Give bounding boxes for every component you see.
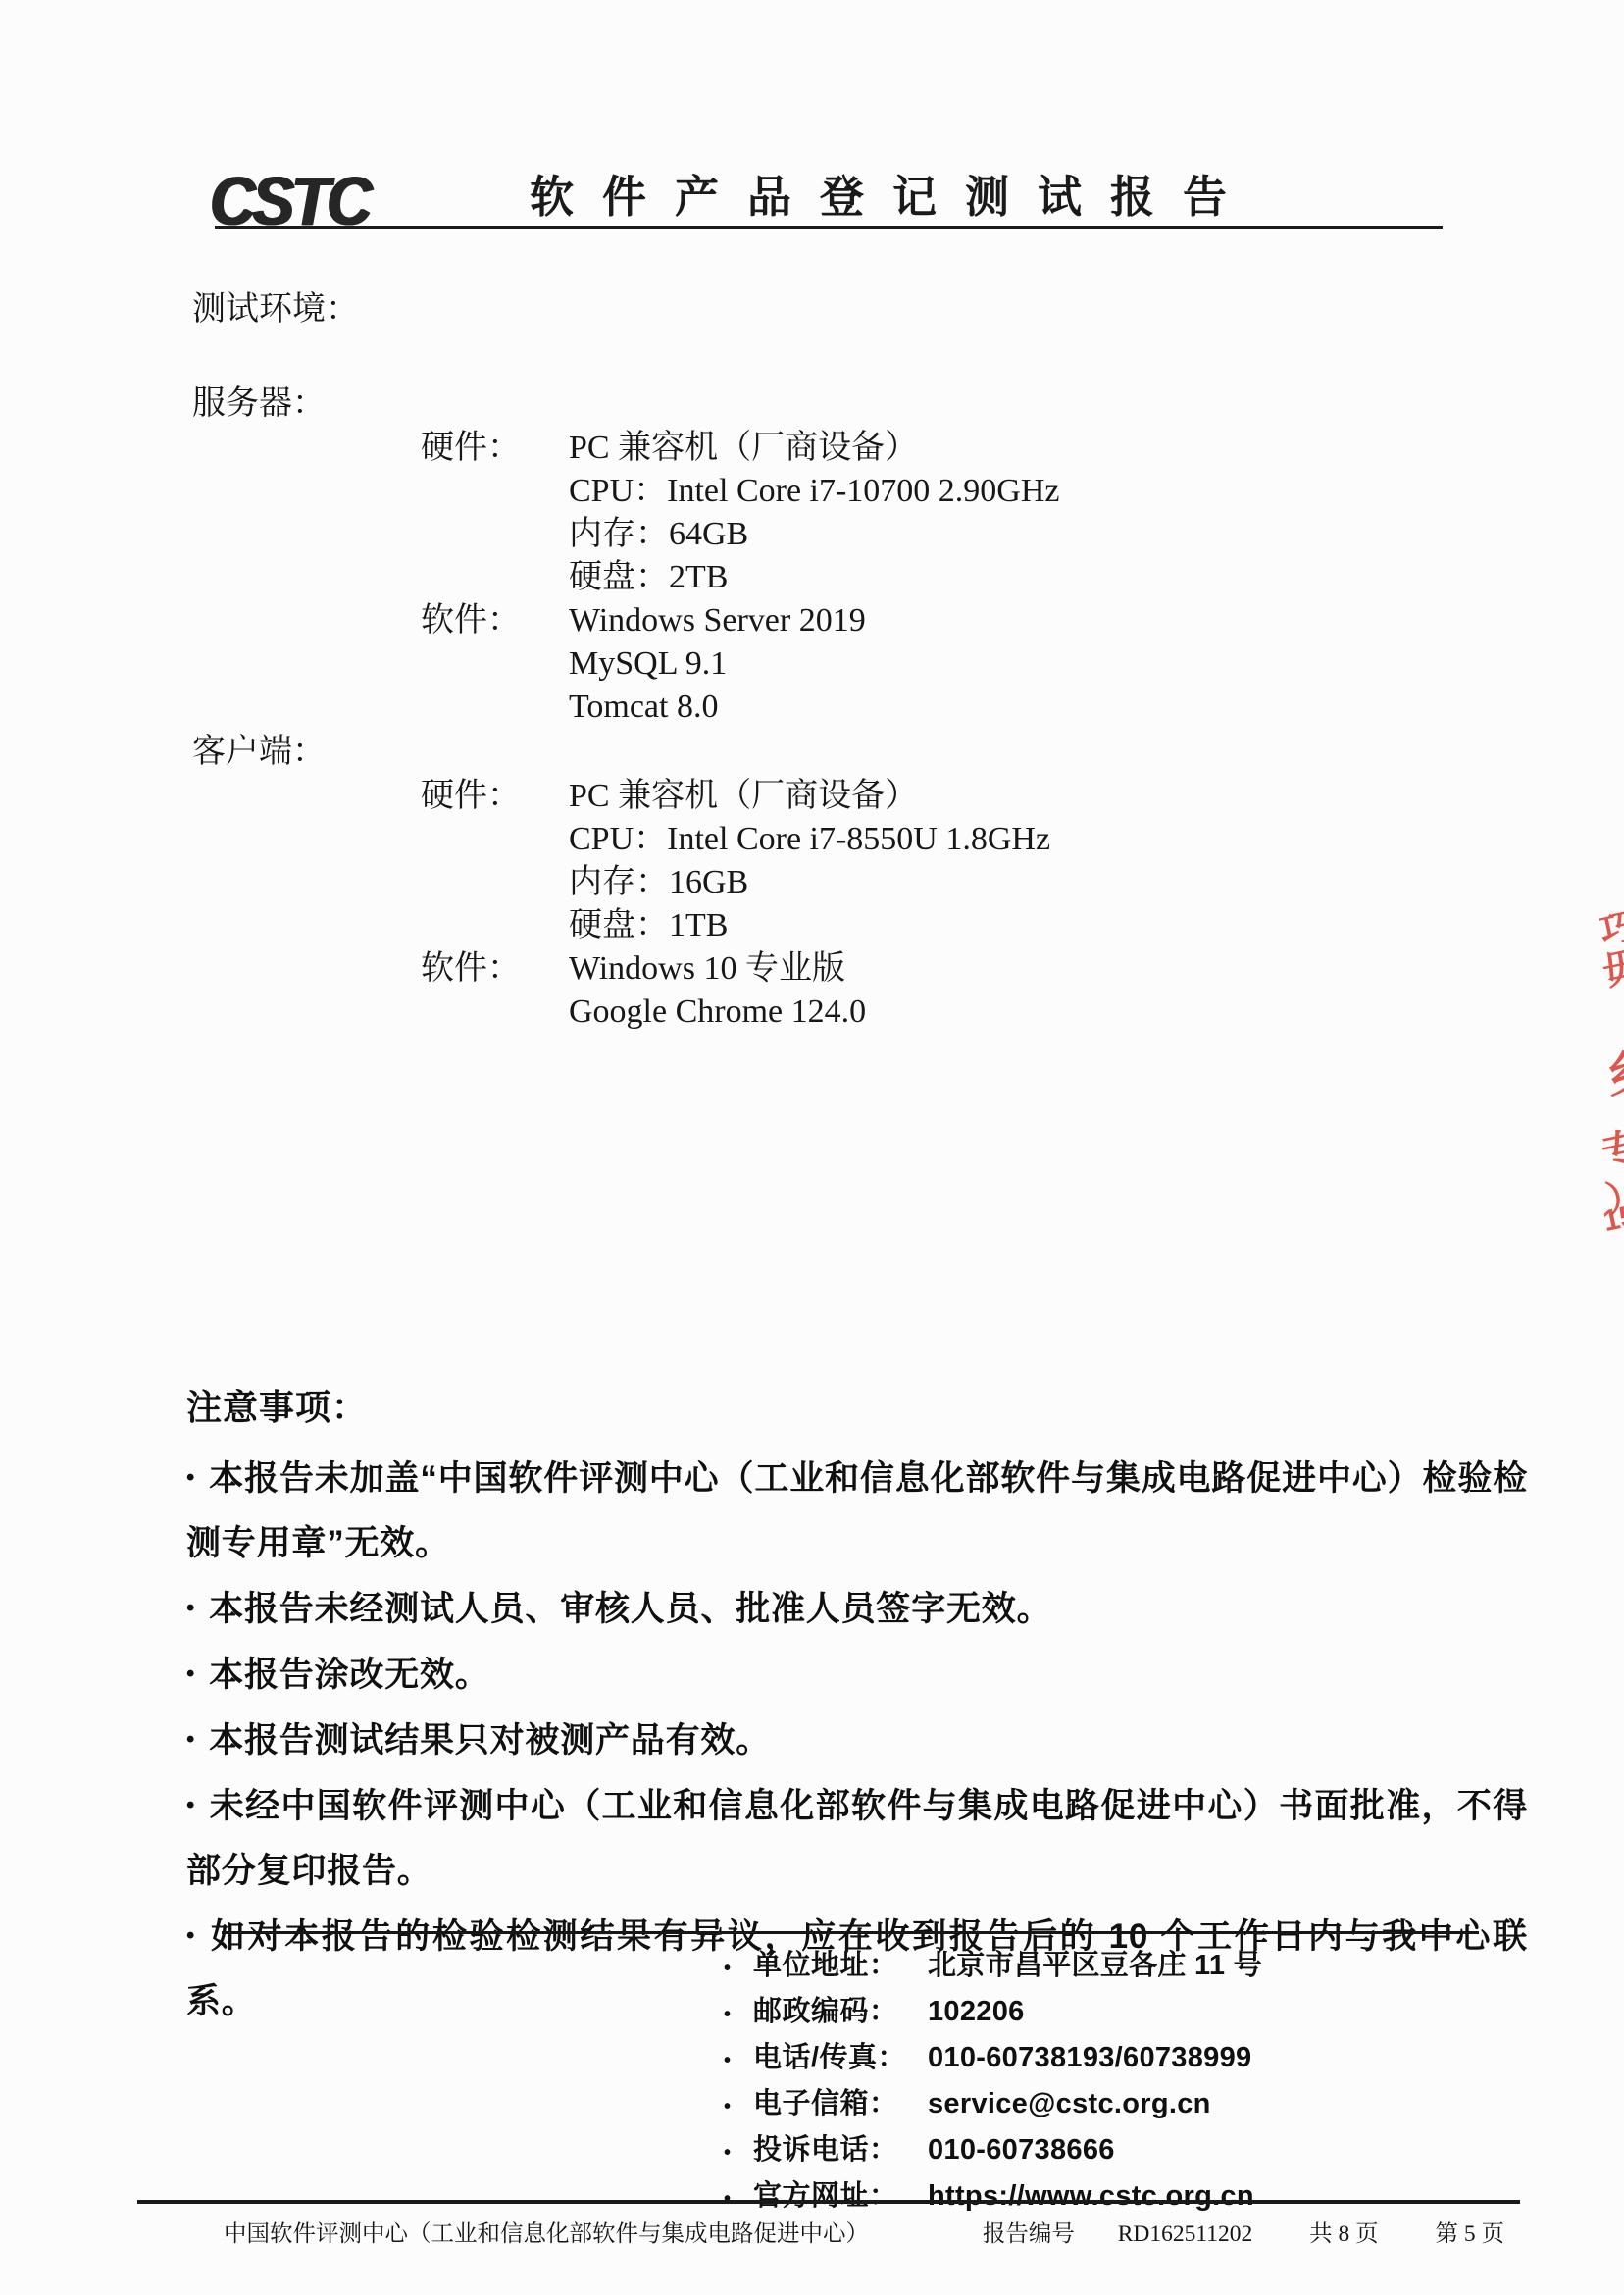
notes-title: 注意事项：: [186, 1385, 1528, 1430]
contact-value: service@cstc.org.cn: [928, 2082, 1211, 2125]
contact-label: 电子信箱：: [753, 2082, 928, 2125]
contact-row-phone-fax: •电话/传真：010-60738193/60738999: [724, 2036, 1262, 2082]
report-number: RD162511202: [1118, 2221, 1253, 2247]
bullet-icon: •: [186, 1576, 195, 1641]
header-underline: [215, 226, 1443, 229]
server-label: 服务器：: [192, 384, 326, 424]
server-software-label: 软件：: [421, 601, 521, 640]
total-pages: 共 8 页: [1309, 2221, 1379, 2247]
server-disk: 硬盘：2TB: [569, 558, 728, 597]
server-hardware-label: 硬件：: [421, 429, 521, 468]
client-memory: 内存：16GB: [569, 863, 748, 902]
contact-row-address: •单位地址：北京市昌平区豆各庄 11 号: [724, 1944, 1262, 1990]
contact-row-postcode: •邮政编码：102206: [724, 1990, 1262, 2036]
report-page: CSTC 软件产品登记测试报告 测试环境： 服务器： 硬件： PC 兼容机（厂商…: [0, 0, 1624, 2295]
server-hardware-model: PC 兼容机（厂商设备）: [569, 429, 918, 468]
client-hardware-model: PC 兼容机（厂商设备）: [569, 777, 918, 816]
note-item: •本报告未加盖“中国软件评测中心（工业和信息化部软件与集成电路促进中心）检验检测…: [186, 1446, 1528, 1576]
contact-label: 邮政编码：: [753, 1990, 928, 2033]
report-title: 软件产品登记测试报告: [530, 161, 1255, 225]
note-item: •本报告涂改无效。: [186, 1642, 1528, 1708]
bullet-icon: •: [186, 1708, 195, 1772]
server-os: Windows Server 2019: [569, 601, 866, 640]
bullet-icon: •: [724, 1993, 753, 2036]
bullet-icon: •: [186, 1904, 195, 1968]
server-memory: 内存：64GB: [569, 515, 748, 554]
contact-row-website: •官方网址：https://www.cstc.org.cn: [724, 2174, 1262, 2220]
section-test-environment: 测试环境：: [192, 290, 359, 330]
contact-divider: [222, 1931, 1479, 1934]
note-text: 本报告测试结果只对被测产品有效。: [209, 1721, 771, 1759]
note-text: 本报告涂改无效。: [209, 1656, 489, 1694]
contact-label: 单位地址：: [753, 1944, 928, 1987]
client-hardware-label: 硬件：: [421, 777, 521, 816]
bullet-icon: •: [186, 1446, 195, 1510]
contact-value: 北京市昌平区豆各庄 11 号: [928, 1944, 1262, 1987]
notes-section: 注意事项： •本报告未加盖“中国软件评测中心（工业和信息化部软件与集成电路促进中…: [186, 1385, 1528, 2034]
note-text: 本报告未经测试人员、审核人员、批准人员签字无效。: [209, 1590, 1051, 1628]
server-database: MySQL 9.1: [569, 644, 727, 684]
contact-value: 010-60738666: [928, 2128, 1115, 2171]
contact-label: 官方网址：: [753, 2174, 928, 2218]
contact-value: https://www.cstc.org.cn: [928, 2174, 1254, 2218]
client-os: Windows 10 专业版: [569, 949, 845, 989]
bullet-icon: •: [724, 2039, 753, 2082]
contact-value: 010-60738193/60738999: [928, 2036, 1251, 2079]
client-label: 客户端：: [192, 733, 326, 772]
report-number-label: 报告编号: [983, 2221, 1075, 2247]
stamp-fragment: 毋: [1598, 934, 1624, 996]
note-item: •本报告测试结果只对被测产品有效。: [186, 1708, 1528, 1773]
client-software-label: 软件：: [421, 949, 521, 989]
note-text: 本报告未加盖“中国软件评测中心（工业和信息化部软件与集成电路促进中心）检验检测专…: [186, 1459, 1528, 1562]
bullet-icon: •: [724, 2085, 753, 2128]
stamp-fragment: 15: [1600, 1199, 1624, 1239]
note-item: •未经中国软件评测中心（工业和信息化部软件与集成电路促进中心）书面批准，不得部分…: [186, 1773, 1528, 1904]
note-item: •本报告未经测试人员、审核人员、批准人员签字无效。: [186, 1576, 1528, 1642]
current-page: 第 5 页: [1436, 2221, 1505, 2247]
footer-divider: [137, 2200, 1520, 2204]
contact-row-email: •电子信箱：service@cstc.org.cn: [724, 2082, 1262, 2128]
server-cpu: CPU：Intel Core i7-10700 2.90GHz: [569, 472, 1060, 511]
client-disk: 硬盘：1TB: [569, 906, 728, 945]
client-cpu: CPU：Intel Core i7-8550U 1.8GHz: [569, 820, 1050, 859]
bullet-icon: •: [186, 1773, 195, 1838]
contact-value: 102206: [928, 1990, 1025, 2033]
contact-label: 投诉电话：: [753, 2128, 928, 2171]
footer-organization: 中国软件评测中心（工业和信息化部软件与集成电路促进中心）: [224, 2215, 869, 2248]
server-middleware: Tomcat 8.0: [569, 688, 718, 727]
contact-row-complaint-phone: •投诉电话：010-60738666: [724, 2128, 1262, 2174]
bullet-icon: •: [186, 1642, 195, 1707]
note-text: 未经中国软件评测中心（工业和信息化部软件与集成电路促进中心）书面批准，不得部分复…: [186, 1787, 1528, 1890]
stamp-fragment: 乡: [1599, 1034, 1624, 1106]
page-footer: 中国软件评测中心（工业和信息化部软件与集成电路促进中心） 报告编号 RD1625…: [224, 2215, 1504, 2248]
bullet-icon: •: [724, 1947, 753, 1990]
client-browser: Google Chrome 124.0: [569, 993, 866, 1032]
contact-section: •单位地址：北京市昌平区豆各庄 11 号 •邮政编码：102206 •电话/传真…: [724, 1944, 1262, 2220]
bullet-icon: •: [724, 2131, 753, 2174]
contact-label: 电话/传真：: [753, 2036, 928, 2079]
footer-report-info: 报告编号 RD162511202 共 8 页 第 5 页: [983, 2215, 1504, 2248]
